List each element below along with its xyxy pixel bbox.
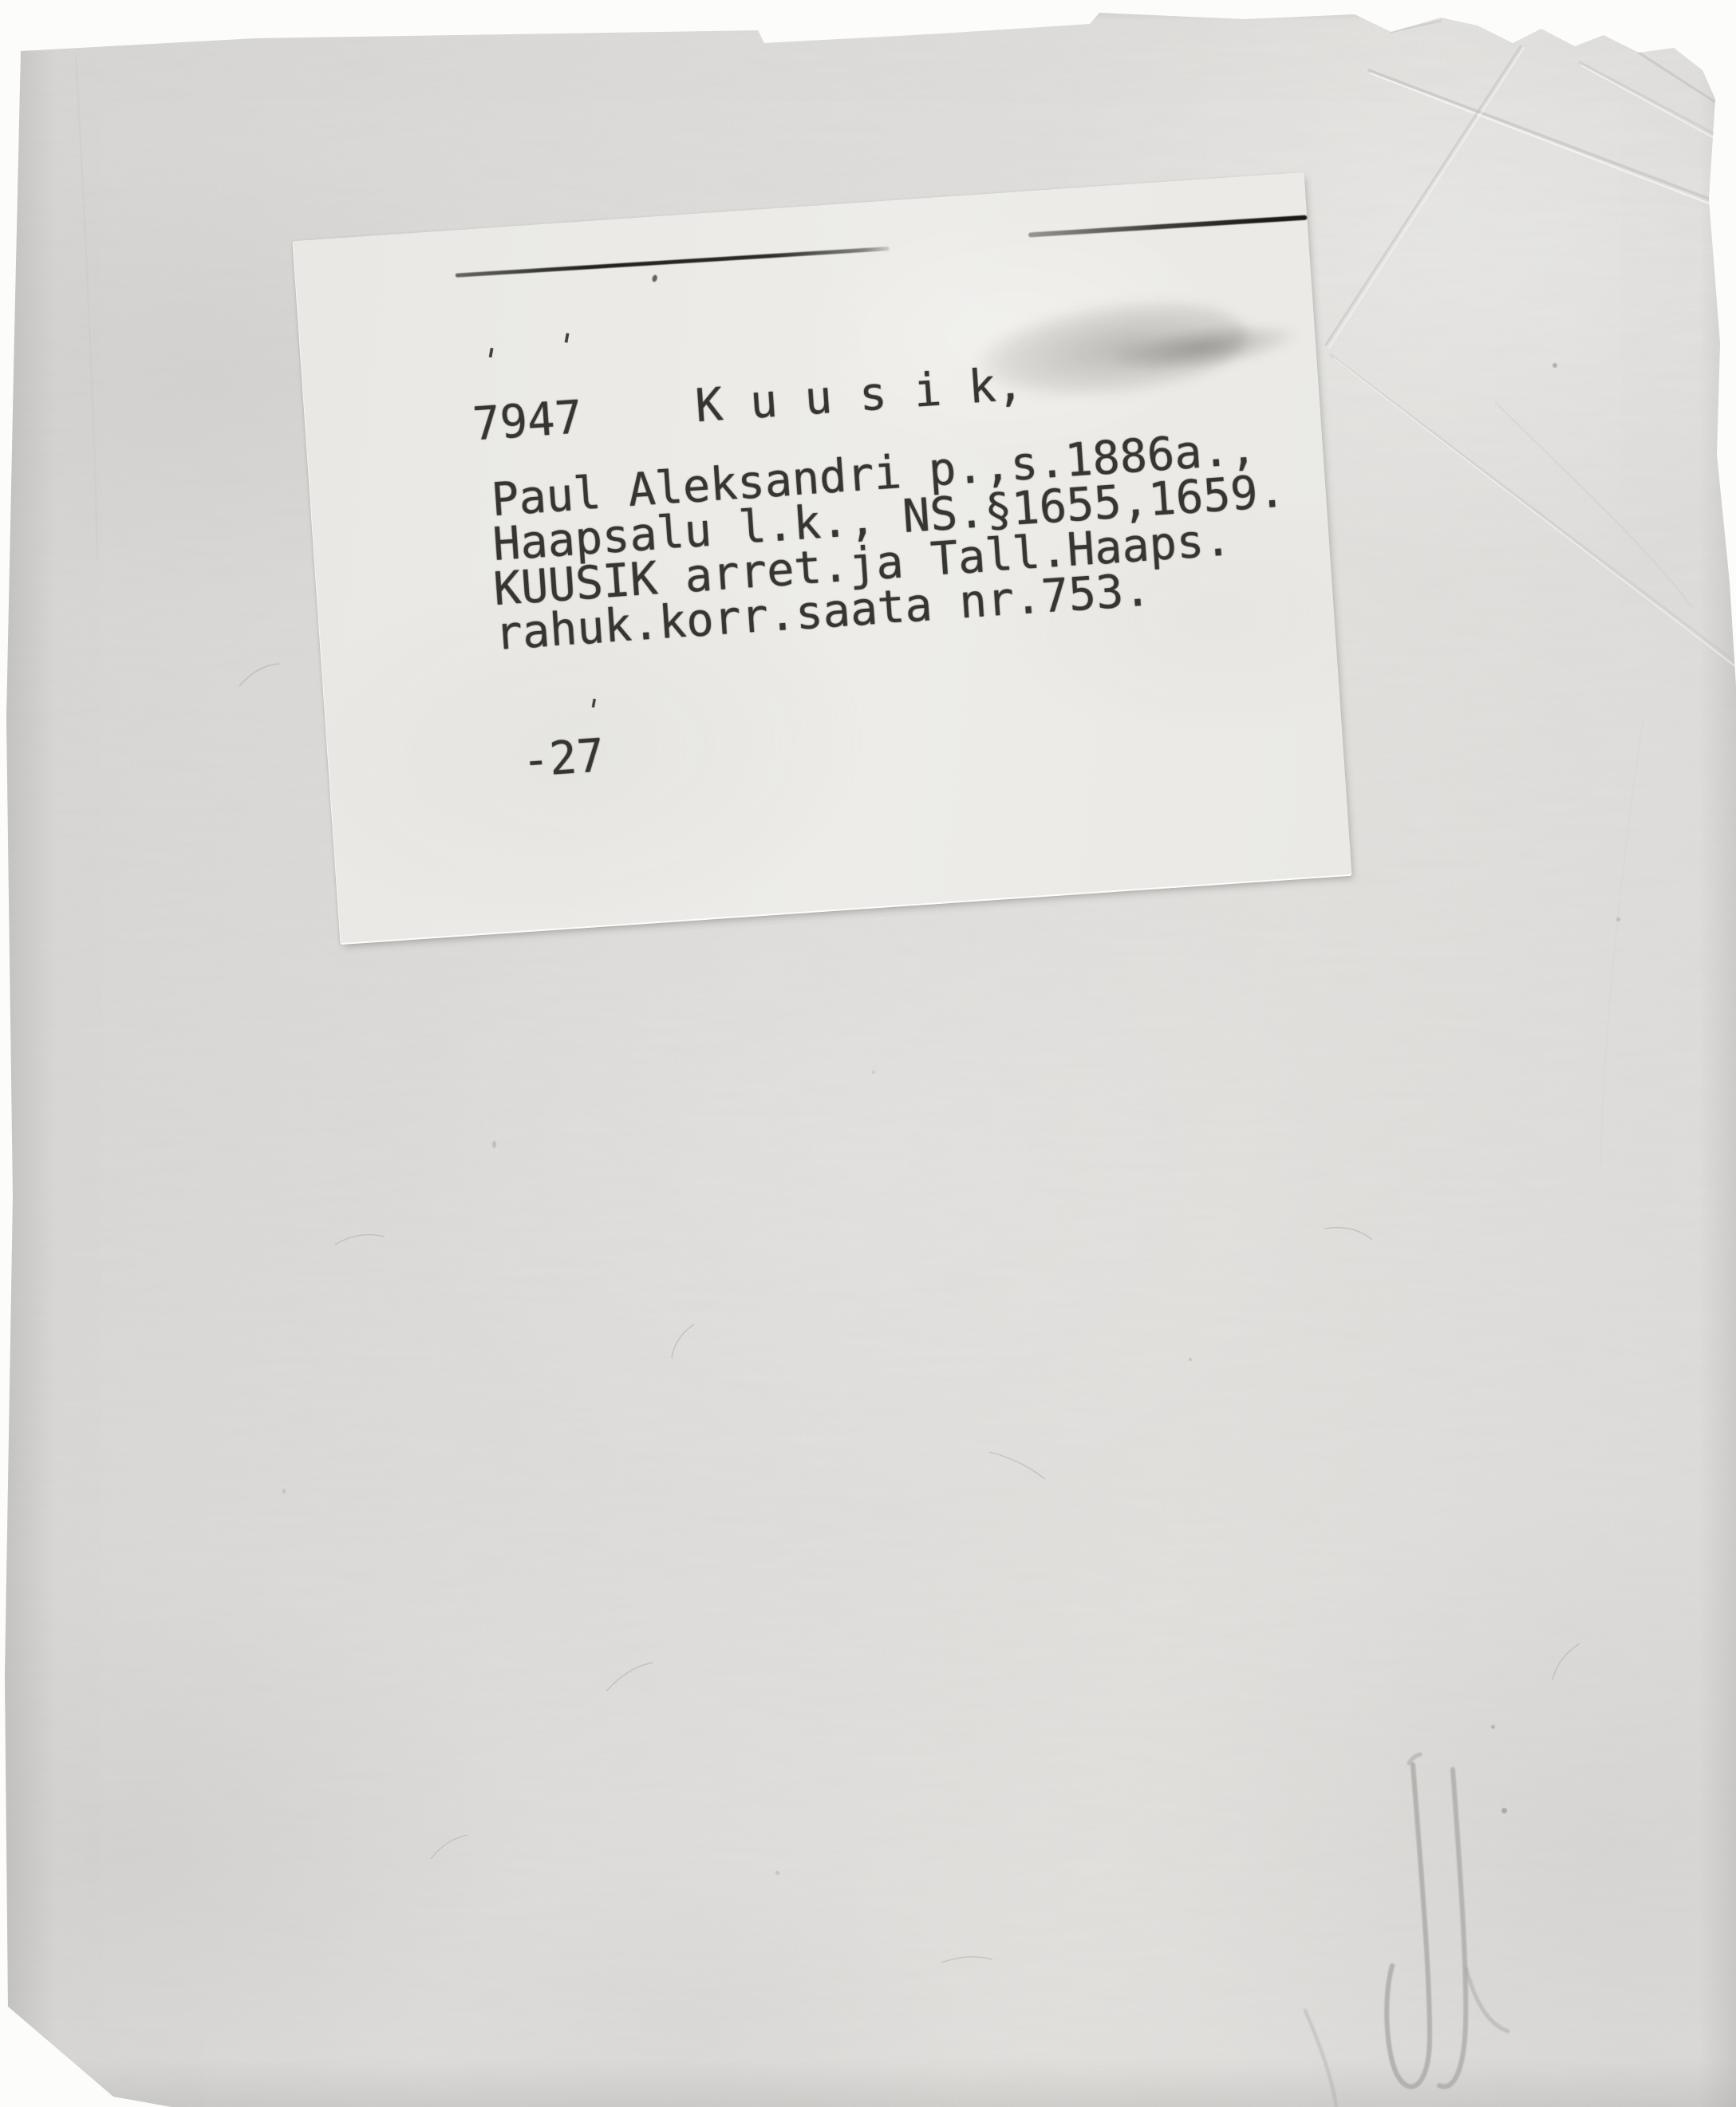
ink-speck	[492, 1141, 496, 1148]
index-card: ' ' 7947 K u u s i k, Paul Aleksandri p.…	[292, 172, 1351, 945]
ink-speck	[1491, 1725, 1495, 1729]
paper-sheet: ' ' 7947 K u u s i k, Paul Aleksandri p.…	[0, 0, 1736, 2107]
sheet-right-edge-shadow	[1699, 64, 1736, 2107]
ink-speck	[775, 1871, 779, 1875]
ink-rule-right	[1028, 215, 1308, 238]
stray-typewriter-mark: '	[580, 692, 605, 731]
stray-typewriter-mark: '	[552, 328, 579, 366]
stray-typewriter-mark: '	[476, 343, 503, 381]
ink-speck	[1501, 1808, 1507, 1813]
scan-background: ' ' 7947 K u u s i k, Paul Aleksandri p.…	[0, 0, 1736, 2107]
card-surname: K u u s i k,	[694, 360, 1025, 430]
ink-rule-left	[456, 247, 890, 278]
card-footer-number: -27	[520, 732, 606, 785]
ink-speck	[872, 1071, 875, 1074]
ink-speck	[652, 274, 658, 282]
card-index-number: 7947	[471, 393, 584, 448]
sheet-top-edge-shadow	[0, 0, 1736, 21]
ink-speck	[1616, 917, 1620, 921]
ink-speck	[1189, 1358, 1192, 1361]
ink-speck	[282, 1489, 286, 1493]
sheet-left-edge-shadow	[0, 0, 56, 2107]
ink-speck	[1553, 363, 1557, 368]
sheet-bottom-edge-shadow	[0, 2059, 1736, 2107]
